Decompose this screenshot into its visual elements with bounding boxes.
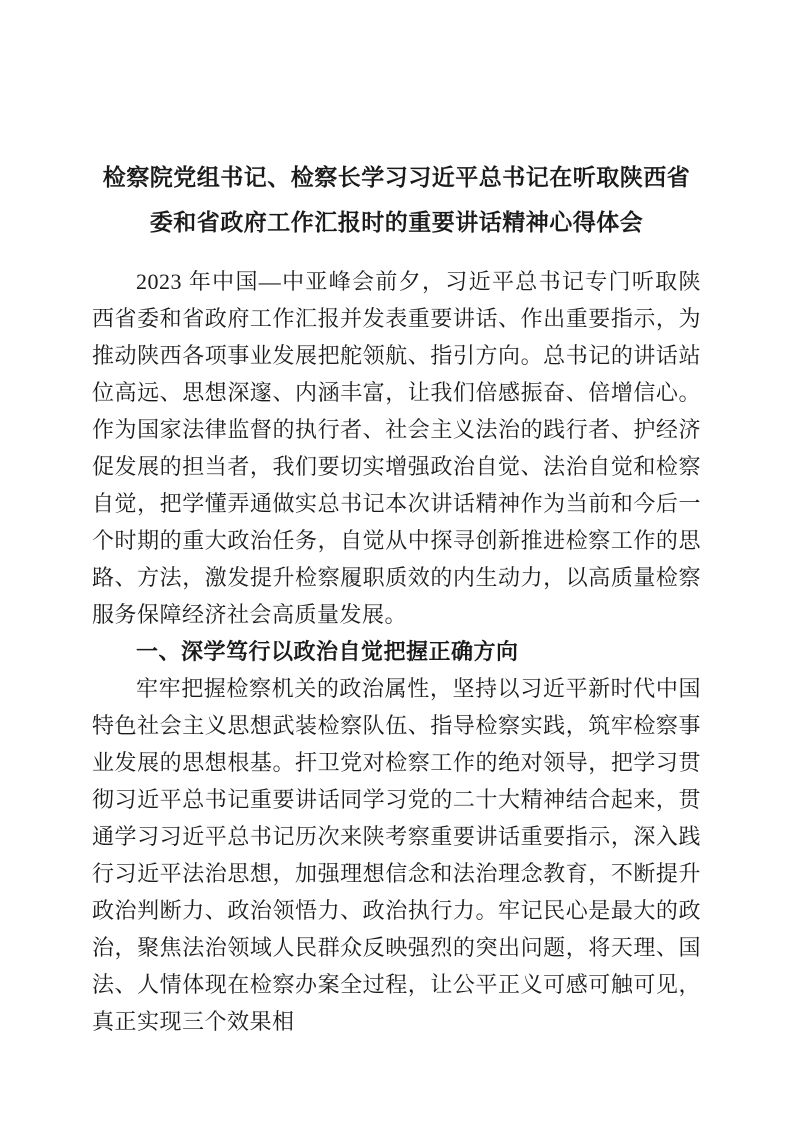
paragraph: 牢牢把握检察机关的政治属性，坚持以习近平新时代中国特色社会主义思想武装检察队伍、…: [92, 670, 701, 1040]
document-body: 2023 年中国—中亚峰会前夕，习近平总书记专门听取陕西省委和省政府工作汇报并发…: [92, 263, 701, 1040]
paragraph: 2023 年中国—中亚峰会前夕，习近平总书记专门听取陕西省委和省政府工作汇报并发…: [92, 263, 701, 633]
document-page: 检察院党组书记、检察长学习习近平总书记在听取陕西省委和省政府工作汇报时的重要讲话…: [0, 0, 793, 1122]
section-heading: 一、深学笃行以政治自觉把握正确方向: [92, 633, 701, 670]
document-title: 检察院党组书记、检察长学习习近平总书记在听取陕西省委和省政府工作汇报时的重要讲话…: [92, 155, 701, 245]
